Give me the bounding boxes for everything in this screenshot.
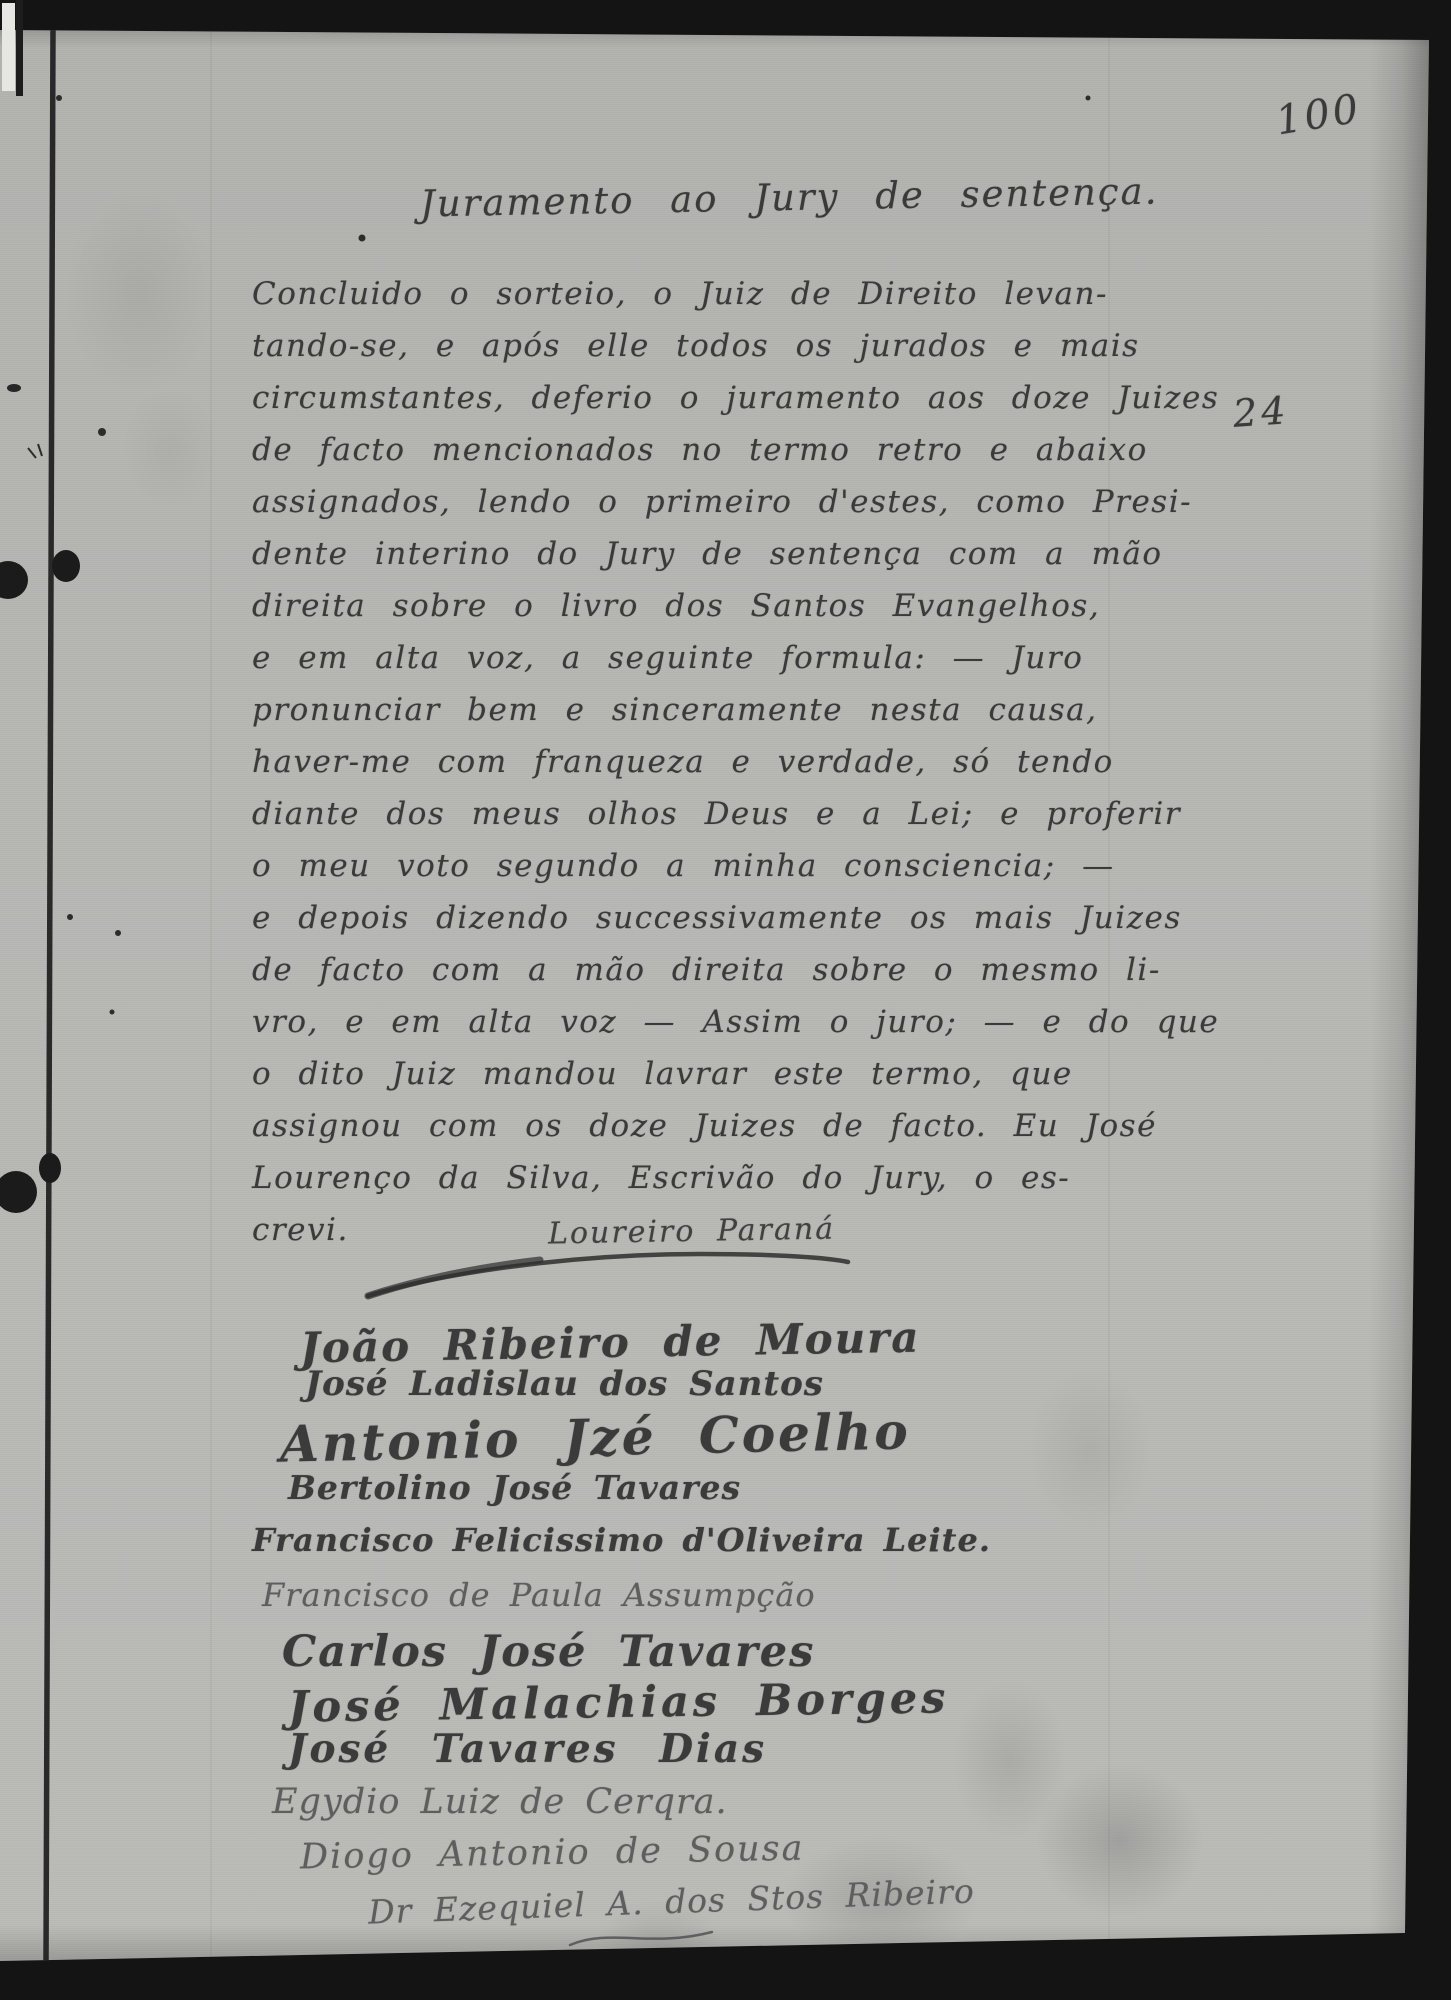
ink-speck xyxy=(56,95,62,101)
binding-and-specks xyxy=(0,0,1451,2000)
scanned-manuscript-page: 100 24 Juramento ao Jury de sentença. Co… xyxy=(0,0,1451,2000)
binding-line xyxy=(46,30,53,1961)
ink-speck xyxy=(98,428,106,436)
ink-speck xyxy=(7,384,21,392)
ink-speck xyxy=(115,930,121,936)
binding-hole-mark xyxy=(52,550,80,582)
ink-speck xyxy=(67,914,73,920)
ink-speck xyxy=(1086,96,1091,101)
binding-hole-mark xyxy=(0,1171,37,1213)
adjacent-page-edge-line xyxy=(16,0,23,96)
ink-speck xyxy=(28,444,42,458)
paper-sheet: 100 24 Juramento ao Jury de sentença. Co… xyxy=(0,0,1451,2000)
binding-hole-mark xyxy=(39,1153,61,1183)
binding-hole-mark xyxy=(0,561,28,599)
adjacent-page-edge xyxy=(2,3,15,91)
ink-speck xyxy=(359,235,366,242)
ink-speck xyxy=(110,1010,115,1015)
